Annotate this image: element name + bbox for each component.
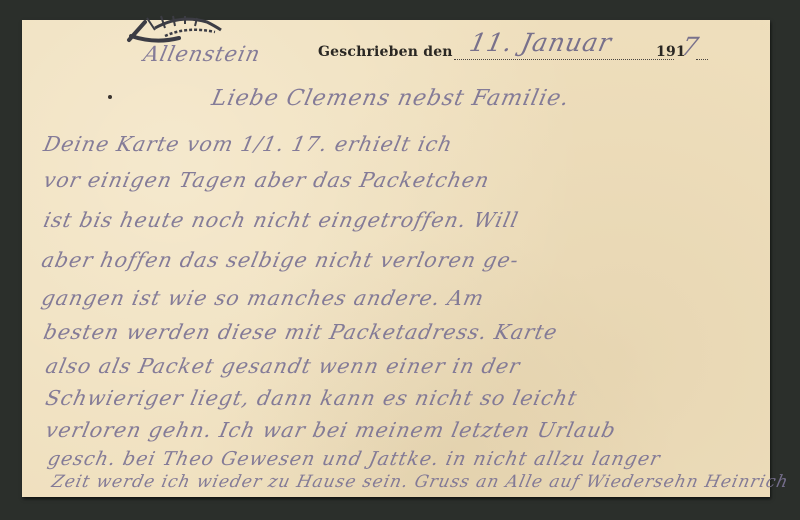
salutation: Liebe Clemens nebst Familie. [209, 86, 572, 111]
letter-line: Deine Karte vom 1/1. 17. erhielt ich [41, 132, 455, 156]
date-dotted-line [454, 59, 674, 60]
letter-line: aber hoffen das selbige nicht verloren g… [39, 248, 521, 272]
letter-line: gangen ist wie so manches andere. Am [39, 286, 486, 310]
printed-date-label: Geschrieben den [318, 44, 453, 60]
letter-line: verloren gehn. Ich war bei meinem letzte… [43, 418, 618, 442]
handwritten-date: 11. Januar [467, 28, 615, 57]
letter-line: vor einigen Tagen aber das Packetchen [41, 168, 492, 192]
postcard: Geschrieben den 191 11. Januar 7 Allenst… [22, 20, 770, 497]
paper-speck [108, 95, 112, 99]
year-dotted-line [696, 59, 708, 60]
handwritten-place: Allenstein [141, 42, 263, 66]
letter-line: gesch. bei Theo Gewesen und Jattke. in n… [46, 448, 663, 470]
letter-line-closing: Zeit werde ich wieder zu Hause sein. Gru… [50, 472, 791, 492]
letter-line: besten werden diese mit Packetadress. Ka… [41, 320, 560, 344]
letter-line: also als Packet gesandt wenn einer in de… [43, 354, 522, 378]
letter-line: Schwieriger liegt, dann kann es nicht so… [43, 386, 579, 410]
letter-line: ist bis heute noch nicht eingetroffen. W… [41, 208, 520, 232]
